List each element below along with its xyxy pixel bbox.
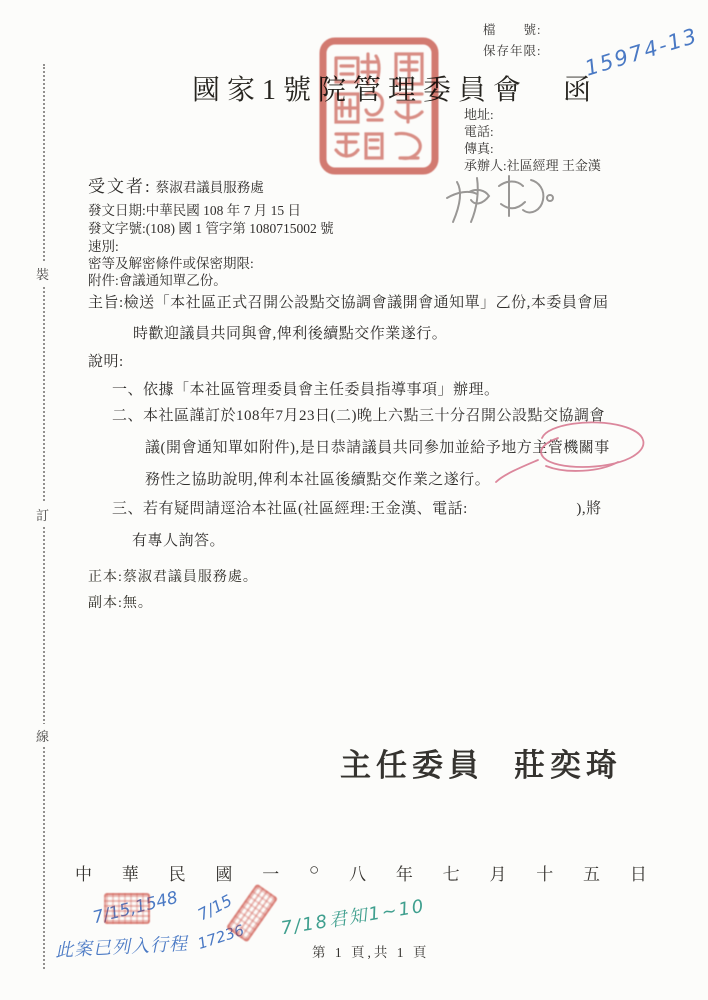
red-name-stamp-2 — [226, 883, 278, 942]
handwritten-reference-number: 15974-13 — [582, 23, 701, 80]
page-number-footer: 第 1 頁,共 1 頁 — [312, 941, 429, 961]
address-label: 地址: — [464, 106, 601, 123]
signer-name: 莊奕琦 — [514, 748, 622, 783]
handwritten-note-scheduled: 此案已列入行程 — [54, 930, 188, 963]
explanation-item-3-line-2: 有專人詢答。 — [132, 529, 225, 550]
recipient-value: 蔡淑君議員服務處 — [156, 180, 264, 195]
attachment-line: 附件:會議通知單乙份。 — [88, 269, 227, 289]
handwritten-timestamp-2a: 7/15 — [195, 891, 236, 925]
red-circle-annotation — [492, 408, 657, 493]
contact-block: 地址: 電話: 傳真: 承辦人:社區經理 王金漢 — [464, 106, 601, 174]
subject-label: 主旨: — [88, 295, 124, 311]
fax-label: 傳真: — [464, 140, 601, 157]
issue-date-line: 發文日期:中華民國 108 年 7 月 15 日 — [88, 199, 301, 219]
carbon-copy-line: 副本:無。 — [88, 592, 153, 612]
binding-label-zhuang: 裝 — [36, 262, 49, 285]
scanned-official-letter: 裝 訂 線 檔 號: 保存年限: 15974-13 國家1號院管理委員會 函 — [0, 0, 708, 1000]
organization-seal — [318, 36, 440, 176]
signer-title: 主任委員 — [340, 748, 484, 783]
subject-line-1: 主旨:檢送「本社區正式召開公設點交協調會議開會通知單」乙份,本委員會屆 — [88, 291, 608, 312]
pencil-signature-scribble — [443, 168, 563, 235]
red-name-stamp-1 — [104, 893, 150, 924]
binding-label-xian: 線 — [36, 724, 49, 747]
doc-number-line: 發文字號:(108) 國 1 管字第 1080715002 號 — [88, 217, 334, 237]
roc-date-line: 中 華 民 國 一 ○ 八 年 七 月 十 五 日 — [75, 860, 647, 885]
file-number-label: 檔 號: — [483, 20, 541, 38]
binding-label-ding: 訂 — [36, 503, 49, 526]
subject-line-2: 時歡迎議員共同與會,俾利後續點交作業遂行。 — [133, 322, 447, 343]
retention-period-label: 保存年限: — [483, 41, 541, 59]
phone-label: 電話: — [464, 123, 601, 140]
explanation-label: 說明: — [88, 350, 124, 371]
signature-line: 主任委員莊奕琦 — [340, 740, 622, 785]
recipient-label: 受文者: — [88, 177, 152, 196]
recipient-line: 受文者: 蔡淑君議員服務處 — [88, 172, 264, 197]
explanation-item-2-line-3: 務性之協助說明,俾利本社區後續點交作業之遂行。 — [145, 468, 490, 489]
explanation-item-3-line-1: 三、若有疑問請逕洽本社區(社區經理:王金漢、電話: ),將 — [112, 497, 602, 518]
handwritten-note-green: 7/18君知1~10 — [279, 892, 427, 940]
original-copy-line: 正本:蔡淑君議員服務處。 — [88, 566, 258, 586]
explanation-item-1: 一、依據「本社區管理委員會主任委員指導事項」辦理。 — [112, 378, 500, 399]
